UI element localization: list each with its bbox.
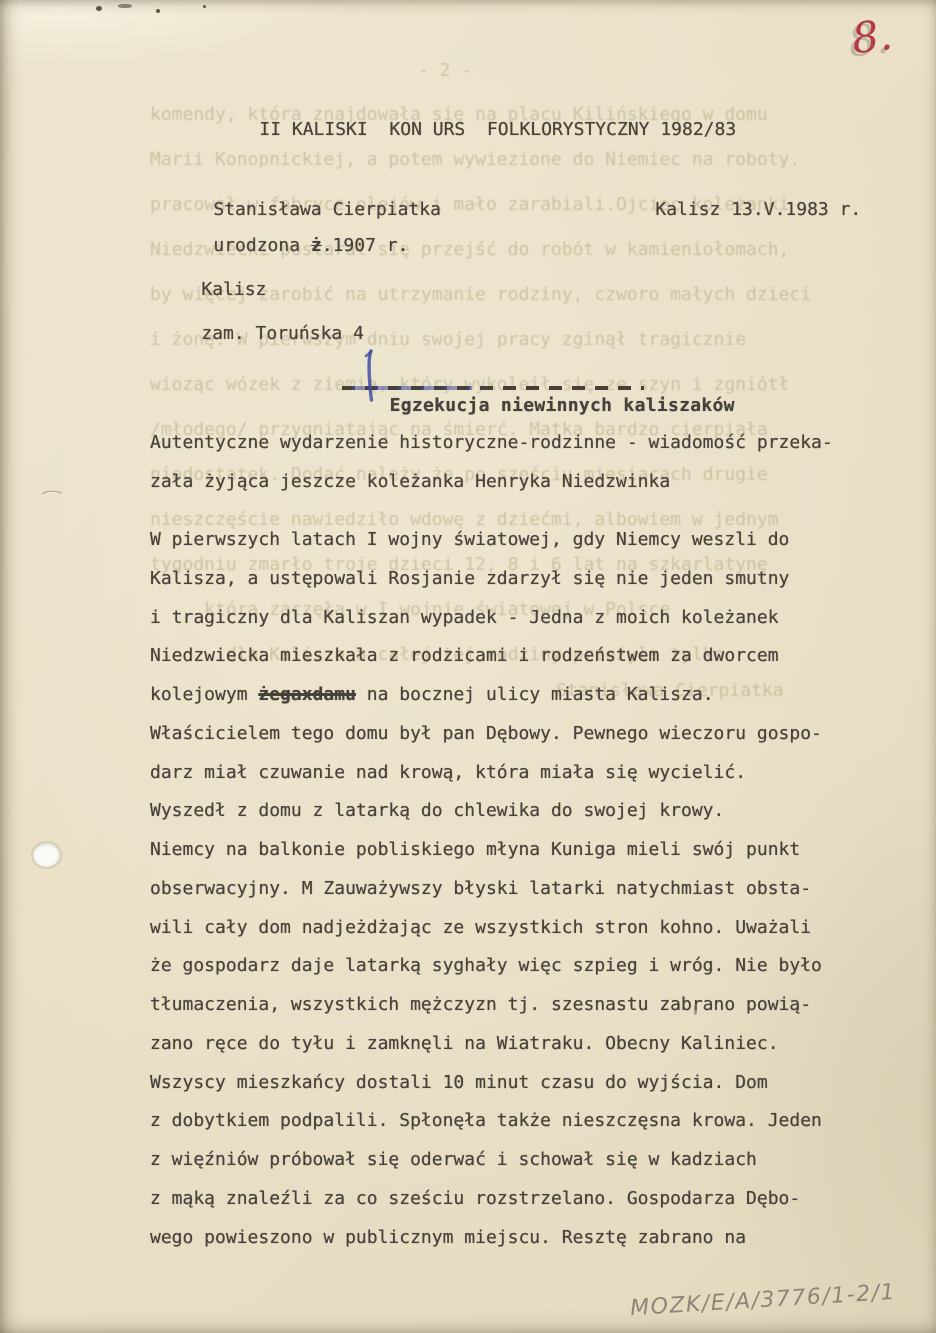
text-line: Wyszedł z domu z latarką do chlewika do … bbox=[150, 792, 822, 831]
text-line: Kalisza, a ustępowali Rosjanie zdarzył s… bbox=[150, 560, 822, 599]
text-line: Niemcy na balkonie pobliskiego młyna Kun… bbox=[150, 831, 822, 870]
main-paragraph: W pierwszych latach I wojny światowej, g… bbox=[150, 521, 822, 1257]
text-line: W pierwszych latach I wojny światowej, g… bbox=[150, 521, 822, 560]
text-line-with-strikeout: kolejowym żegaxdamu na bocznej ulicy mia… bbox=[150, 676, 822, 715]
text-line: darz miał czuwanie nad krową, która miał… bbox=[150, 754, 822, 793]
scan-smudge bbox=[118, 4, 132, 8]
text-line: Właścicielem tego domu był pan Dębowy. P… bbox=[150, 715, 822, 754]
text-line: wili cały dom nadjeżdżając ze wszystkich… bbox=[150, 909, 822, 948]
scanned-document-page: - 2 - komendy, która znajdowała się na p… bbox=[0, 0, 936, 1333]
intro-paragraph: Autentyczne wydarzenie historyczne-rodzi… bbox=[150, 424, 833, 502]
text-line: zała żyjąca jeszcze koleżanka Henryka Ni… bbox=[150, 463, 833, 502]
text-line: z więźniów próbował się oderwać i schowa… bbox=[150, 1141, 822, 1180]
ink-speck bbox=[694, 1004, 697, 1015]
text-line: Niedzwiecka mieszkała z rodzicami i rodz… bbox=[150, 637, 822, 676]
address-line: zam. Toruńska 4 bbox=[158, 276, 364, 392]
red-page-number: 8. bbox=[849, 10, 895, 64]
text-line: zano ręce do tyłu i zamknęli na Wiatraku… bbox=[150, 1025, 822, 1064]
date-place: Kalisz 13.V.1983 r. bbox=[612, 152, 861, 268]
text-line: Wszyscy mieszkańcy dostali 10 minut czas… bbox=[150, 1064, 822, 1103]
text-line: wego powieszono w publicznym miejscu. Re… bbox=[150, 1219, 822, 1258]
text-line: że gospodarz daje latarką syghały więc s… bbox=[150, 947, 822, 986]
blue-pen-mark bbox=[362, 348, 380, 404]
scan-speck bbox=[96, 6, 102, 11]
text-line: tłumaczenia, wszystkich mężczyzn tj. sze… bbox=[150, 986, 822, 1025]
text-line: Autentyczne wydarzenie historyczne-rodzi… bbox=[150, 424, 833, 463]
typewriter-strikeout-word: żegaxdamu bbox=[258, 684, 356, 705]
scan-speck bbox=[156, 9, 160, 13]
scan-speck bbox=[203, 5, 206, 8]
text-line: z dobytkiem podpalili. Spłonęła także ni… bbox=[150, 1102, 822, 1141]
inventory-number: MOZK/E/A/3776/1-2/1 bbox=[629, 1280, 896, 1321]
text-line: z mąką znaleźli za co sześciu rozstrzela… bbox=[150, 1180, 822, 1219]
punch-hole bbox=[33, 843, 60, 867]
text-line: i tragiczny dla Kaliszan wypadek - Jedna… bbox=[150, 599, 822, 638]
overstruck-character: ż bbox=[311, 235, 322, 256]
pencil-squiggle-mark bbox=[36, 480, 76, 502]
text-line: obserwacyjny. M Zauważywszy błyski latar… bbox=[150, 870, 822, 909]
